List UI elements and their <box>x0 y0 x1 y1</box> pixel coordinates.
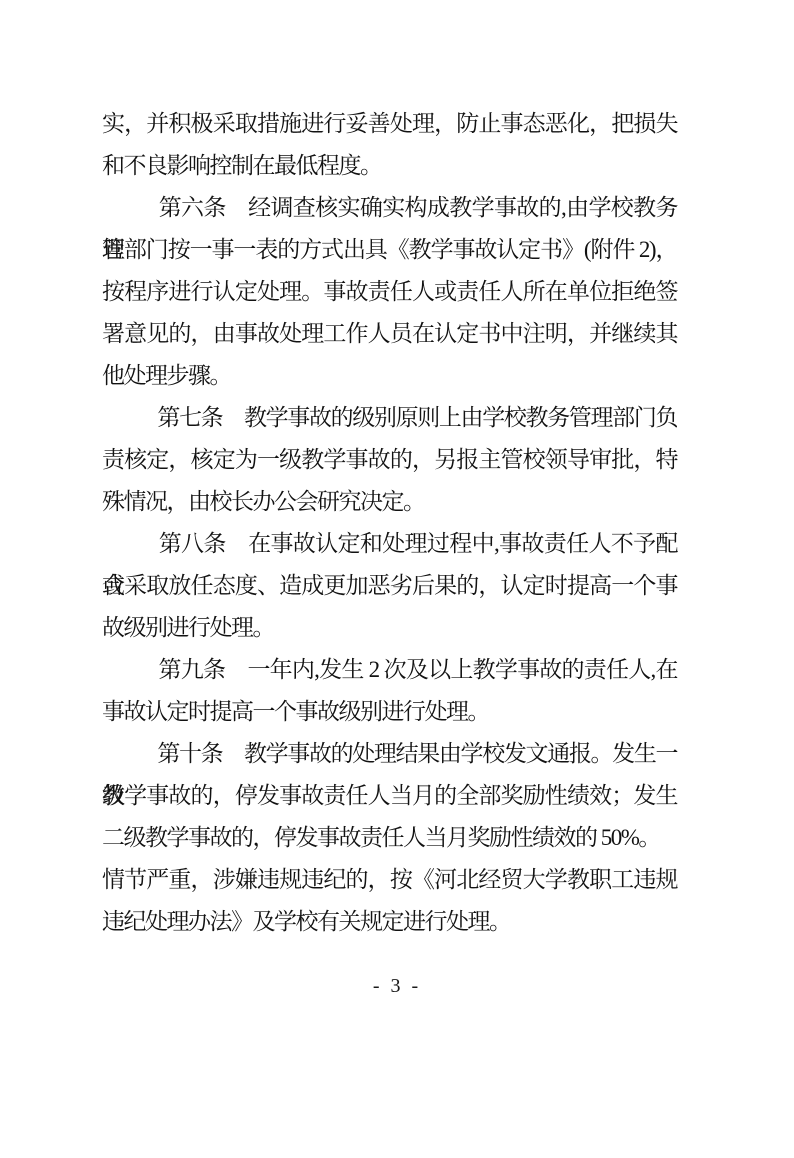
text-line: 二级教学事故的，停发事故责任人当月奖励性绩效的 50%。 <box>102 817 677 859</box>
text-line: 第六条 经调查核实确实构成教学事故的,由学校教务管 <box>102 187 677 229</box>
document-page: 实，并积极采取措施进行妥善处理，防止事态恶化，把损失 和不良影响控制在最低程度。… <box>0 0 794 1158</box>
text-line: 理部门按一事一表的方式出具《教学事故认定书》(附件 2)， <box>102 229 677 271</box>
text-line: 署意见的，由事故处理工作人员在认定书中注明，并继续其 <box>102 313 677 355</box>
page-number: - 3 - <box>0 972 794 1000</box>
text-line: 第九条 一年内,发生 2 次及以上教学事故的责任人,在 <box>102 649 677 691</box>
text-line: 情节严重，涉嫌违规违纪的，按《河北经贸大学教职工违规 <box>102 859 677 901</box>
text-line: 故级别进行处理。 <box>102 607 677 649</box>
text-line: 实，并积极采取措施进行妥善处理，防止事态恶化，把损失 <box>102 103 677 145</box>
text-line: 违纪处理办法》及学校有关规定进行处理。 <box>102 901 677 943</box>
document-body: 实，并积极采取措施进行妥善处理，防止事态恶化，把损失 和不良影响控制在最低程度。… <box>102 103 677 943</box>
text-line: 责核定，核定为一级教学事故的，另报主管校领导审批，特 <box>102 439 677 481</box>
text-line: 事故认定时提高一个事故级别进行处理。 <box>102 691 677 733</box>
text-line: 殊情况，由校长办公会研究决定。 <box>102 481 677 523</box>
text-line: 第八条 在事故认定和处理过程中,事故责任人不予配合 <box>102 523 677 565</box>
text-line: 或采取放任态度、造成更加恶劣后果的，认定时提高一个事 <box>102 565 677 607</box>
text-line: 和不良影响控制在最低程度。 <box>102 145 677 187</box>
text-line: 教学事故的，停发事故责任人当月的全部奖励性绩效；发生 <box>102 775 677 817</box>
text-line: 他处理步骤。 <box>102 355 677 397</box>
text-line: 第七条 教学事故的级别原则上由学校教务管理部门负 <box>102 397 677 439</box>
text-line: 第十条 教学事故的处理结果由学校发文通报。发生一级 <box>102 733 677 775</box>
text-line: 按程序进行认定处理。事故责任人或责任人所在单位拒绝签 <box>102 271 677 313</box>
